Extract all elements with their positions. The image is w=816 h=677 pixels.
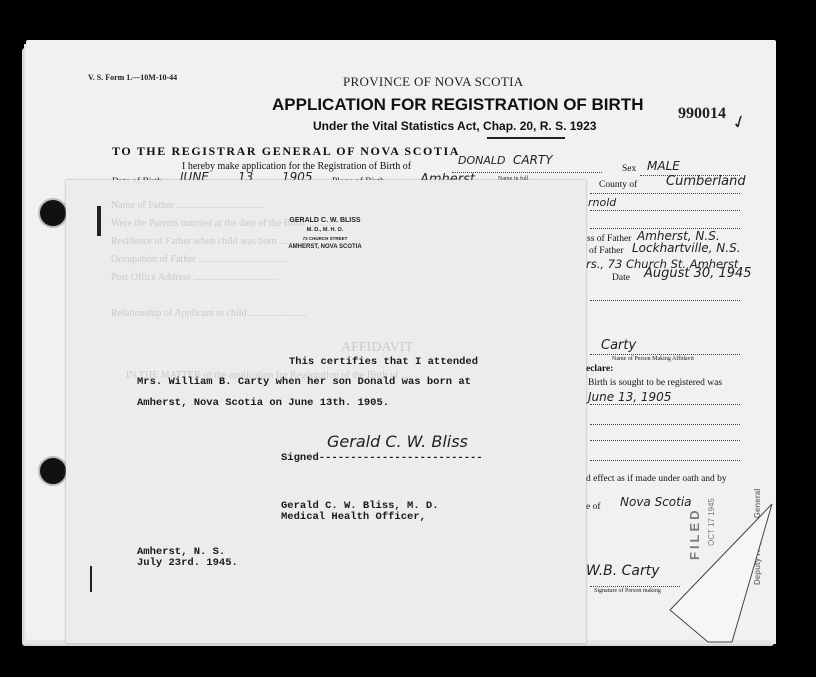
binder-hole-bottom: [38, 456, 68, 486]
province-of-label: e of: [586, 502, 601, 512]
blank-field-3: [590, 300, 740, 301]
declare-text: eclare:: [586, 364, 613, 374]
form-title: APPLICATION FOR REGISTRATION OF BIRTH: [272, 95, 643, 115]
margin-mark-top: [97, 206, 101, 236]
signed-label: Signed--------------------------: [281, 452, 483, 464]
form-subtitle: Under the Vital Statistics Act, Chap. 20…: [313, 119, 596, 133]
blank-field-6: [590, 460, 740, 461]
date-value: August 30, 1945: [644, 266, 752, 281]
child-last-name: CARTY: [513, 153, 553, 167]
letterhead-degrees: M. D., M. H. O.: [270, 227, 380, 233]
addressee-line: TO THE REGISTRAR GENERAL OF NOVA SCOTIA: [112, 144, 460, 159]
child-first-name: DONALD: [458, 154, 505, 167]
affiant-name-field: [590, 354, 740, 355]
birth-sought-text: Birth is sought to be registered was: [588, 378, 722, 388]
binder-hole-top: [38, 198, 68, 228]
certificate-line-1: This certifies that I attended: [289, 356, 478, 368]
certificate-date: July 23rd. 1945.: [137, 557, 238, 569]
letterhead-name: GERALD C. W. BLISS: [270, 217, 380, 224]
blank-field-1: [590, 210, 740, 211]
county-value: Cumberland: [666, 174, 746, 189]
margin-mark-bottom: [90, 566, 92, 592]
certificate-line-3: Amherst, Nova Scotia on June 13th. 1905.: [137, 397, 389, 409]
affiant-name-value: Carty: [601, 338, 636, 353]
effect-text: d effect as if made under oath and by: [586, 474, 727, 484]
form-number: V. S. Form 1.—10M-10-44: [88, 73, 177, 82]
letterhead-street: 73 CHURCH STREET: [270, 236, 380, 241]
sex-label: Sex: [622, 164, 636, 174]
signature-label: Signature of Person making: [594, 588, 661, 594]
physician-signature: Gerald C. W. Bliss: [327, 432, 468, 451]
applicant-signature: W.B. Carty: [586, 563, 660, 579]
father-birthplace-label: of Father: [589, 246, 624, 256]
province-heading: PROVINCE OF NOVA SCOTIA: [343, 74, 523, 90]
county-label: County of: [599, 180, 637, 190]
birth-sought-field: [590, 404, 740, 405]
blank-field-4: [590, 424, 740, 425]
sex-value: MALE: [647, 159, 680, 173]
date-label: Date: [612, 273, 630, 283]
affiant-name-label: Name of Person Making Affidavit: [612, 356, 694, 362]
subtitle-underline: [487, 137, 565, 139]
letterhead-city: AMHERST, NOVA SCOTIA: [270, 244, 380, 250]
father-residence-label: ss of Father: [587, 234, 631, 244]
folded-corner: [660, 500, 780, 650]
certificate-line-2: Mrs. William B. Carty when her son Donal…: [137, 376, 471, 388]
father-birthplace-value: Lockhartville, N.S.: [632, 241, 741, 255]
registration-number: 990014: [678, 105, 726, 123]
blank-field-5: [590, 440, 740, 441]
county-field: [590, 193, 740, 194]
birth-sought-value: June 13, 1905: [588, 390, 671, 404]
name-fragment: rnold: [588, 196, 616, 209]
signer-title: Medical Health Officer,: [281, 511, 426, 523]
